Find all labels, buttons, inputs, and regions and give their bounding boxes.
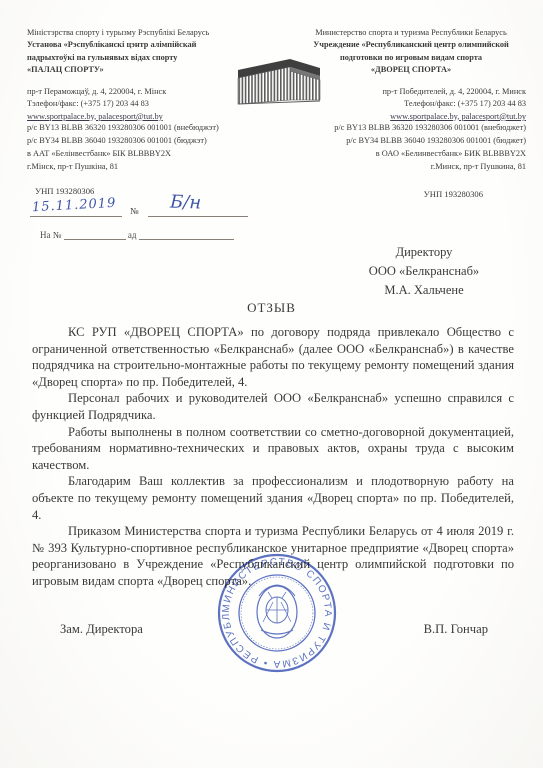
paragraph: Работы выполнены в полном соответствии с… — [32, 424, 514, 474]
unp-right: УНП 193280306 — [424, 189, 483, 199]
bank-address-by: г.Мінск, пр-т Пушкіна, 81 — [27, 161, 257, 174]
unp-left: УНП 193280306 — [35, 186, 94, 196]
paragraph: Благодарим Ваш коллектив за профессионал… — [32, 473, 514, 523]
reply-to-line: На № ад — [40, 230, 234, 240]
signer-position: Зам. Директора — [60, 622, 143, 637]
ministry-name-ru: Министерство спорта и туризма Республики… — [296, 27, 526, 39]
bank-address-ru: г.Минск, пр-т Пушкина, 81 — [286, 161, 526, 174]
number-rule — [148, 216, 248, 217]
ad-label: ад — [128, 230, 137, 240]
handwritten-number: Б/н — [170, 191, 202, 213]
org-name-by-line2: падрыхтоўкі па гульнявых відах спорту — [27, 52, 243, 64]
date-number-line: 15.11.2019 № Б/н — [30, 198, 260, 228]
account-2-by: р/с BY34 BLBB 36040 193280306 001001 (бю… — [27, 135, 257, 148]
ministry-name-by: Міністэрства спорту і турызму Рэспублікі… — [27, 27, 243, 39]
addressee-company: ООО «Белкранснаб» — [368, 262, 480, 281]
date-rule — [30, 216, 122, 217]
org-name-by-line1: Установа «Рэспубліканскі цэнтр алімпійск… — [27, 39, 243, 51]
bank-name-ru: в ОАО «Белинвестбанк» БИК BLBBBY2X — [286, 148, 526, 161]
bank-details-left: р/с BY13 BLBB 36320 193280306 001001 (вн… — [27, 122, 257, 173]
letterhead-right: Министерство спорта и туризма Республики… — [296, 27, 526, 123]
ministry-round-stamp: МИНИСТЕРСТВО СПОРТА И ТУРИЗМА • РЕСПУБЛИ… — [216, 552, 338, 674]
phone-by: Тэлефон/факс: (+375 17) 203 44 83 — [27, 98, 243, 110]
org-name-ru-line2: подготовки по игровым видам спорта — [296, 52, 526, 64]
org-name-ru-line1: Учреждение «Республиканский центр олимпи… — [296, 39, 526, 51]
document-title: ОТЗЫВ — [0, 300, 543, 316]
phone-ru: Телефон/факс: (+375 17) 203 44 83 — [296, 98, 526, 110]
scanned-letter-page: Міністэрства спорту і турызму Рэспублікі… — [0, 0, 543, 768]
na-rule — [64, 230, 126, 240]
ad-rule — [139, 230, 234, 240]
bank-details-right: р/с BY13 BLBB 36320 193280306 001001 (вн… — [286, 122, 526, 173]
address-ru: пр-т Победителей, д. 4, 220004, г. Минск — [296, 86, 526, 98]
account-1-by: р/с BY13 BLBB 36320 193280306 001001 (вн… — [27, 122, 257, 135]
org-name-by-line3: «ПАЛАЦ СПОРТУ» — [27, 64, 243, 76]
letter-body: КС РУП «ДВОРЕЦ СПОРТА» по договору подря… — [32, 324, 514, 590]
addressee-role: Директору — [368, 243, 480, 262]
na-label: На № — [40, 230, 61, 240]
paragraph: Персонал рабочих и руководителей ООО «Бе… — [32, 390, 514, 423]
addressee-block: Директору ООО «Белкранснаб» М.А. Хальчен… — [368, 243, 480, 299]
address-by: пр-т Пераможцаў, д. 4, 220004, г. Мінск — [27, 86, 243, 98]
number-sign-label: № — [130, 206, 139, 216]
handwritten-date: 15.11.2019 — [32, 196, 117, 215]
coat-of-arms-icon — [257, 585, 297, 638]
account-1-ru: р/с BY13 BLBB 36320 193280306 001001 (вн… — [286, 122, 526, 135]
signer-name: В.П. Гончар — [424, 622, 488, 637]
addressee-person: М.А. Хальчене — [368, 281, 480, 300]
paragraph: КС РУП «ДВОРЕЦ СПОРТА» по договору подря… — [32, 324, 514, 390]
letterhead-left: Міністэрства спорту і турызму Рэспублікі… — [27, 27, 243, 123]
org-name-ru-line3: «ДВОРЕЦ СПОРТА» — [296, 64, 526, 76]
bank-name-by: в ААТ «Белінвестбанк» БІК BLBBBY2X — [27, 148, 257, 161]
account-2-ru: р/с BY34 BLBB 36040 193280306 001001 (бю… — [286, 135, 526, 148]
